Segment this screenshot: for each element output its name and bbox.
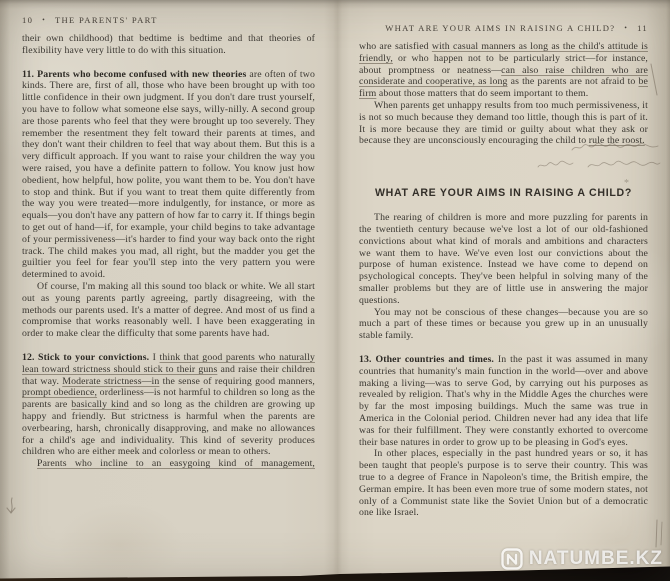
open-book-photo: 10 • THE PARENTS' PART their own childho… bbox=[0, 0, 670, 581]
paragraph: 12. Stick to your convictions. I think t… bbox=[22, 352, 315, 458]
right-page-text-bottom: The rearing of children is more and more… bbox=[359, 212, 648, 519]
paragraph: The rearing of children is more and more… bbox=[359, 212, 648, 306]
left-running-head-title: THE PARENTS' PART bbox=[55, 15, 158, 25]
running-head-separator: • bbox=[624, 24, 628, 32]
left-page-number: 10 bbox=[22, 15, 33, 25]
paragraph: their own childhood) that bedtime is bed… bbox=[22, 33, 315, 57]
right-page-text-top: who are satisfied with casual manners as… bbox=[359, 41, 648, 147]
pencil-handwriting-mark bbox=[536, 158, 662, 173]
paragraph: In other places, especially in the past … bbox=[359, 448, 648, 519]
paragraph: who are satisfied with casual manners as… bbox=[359, 41, 648, 100]
left-running-head: 10 • THE PARENTS' PART bbox=[22, 15, 315, 28]
running-head-separator: • bbox=[42, 16, 46, 24]
paragraph: 13. Other countries and times. In the pa… bbox=[359, 354, 648, 448]
paragraph: You may not be conscious of these change… bbox=[359, 307, 648, 342]
paragraph: 11. Parents who become confused with new… bbox=[22, 69, 315, 281]
paragraph: Of course, I'm making all this sound too… bbox=[22, 281, 315, 340]
right-running-head: WHAT ARE YOUR AIMS IN RAISING A CHILD? •… bbox=[359, 23, 648, 36]
right-running-head-title: WHAT ARE YOUR AIMS IN RAISING A CHILD? bbox=[385, 23, 615, 33]
left-page-text: their own childhood) that bedtime is bed… bbox=[22, 33, 315, 470]
left-page: 10 • THE PARENTS' PART their own childho… bbox=[0, 0, 336, 581]
right-page: WHAT ARE YOUR AIMS IN RAISING A CHILD? •… bbox=[336, 0, 670, 581]
paragraph: Parents who incline to an easygoing kind… bbox=[22, 458, 315, 470]
section-heading: WHAT ARE YOUR AIMS IN RAISING A CHILD? bbox=[359, 187, 648, 199]
right-page-number: 11 bbox=[637, 23, 648, 33]
paragraph: When parents get unhappy results from to… bbox=[359, 100, 648, 147]
